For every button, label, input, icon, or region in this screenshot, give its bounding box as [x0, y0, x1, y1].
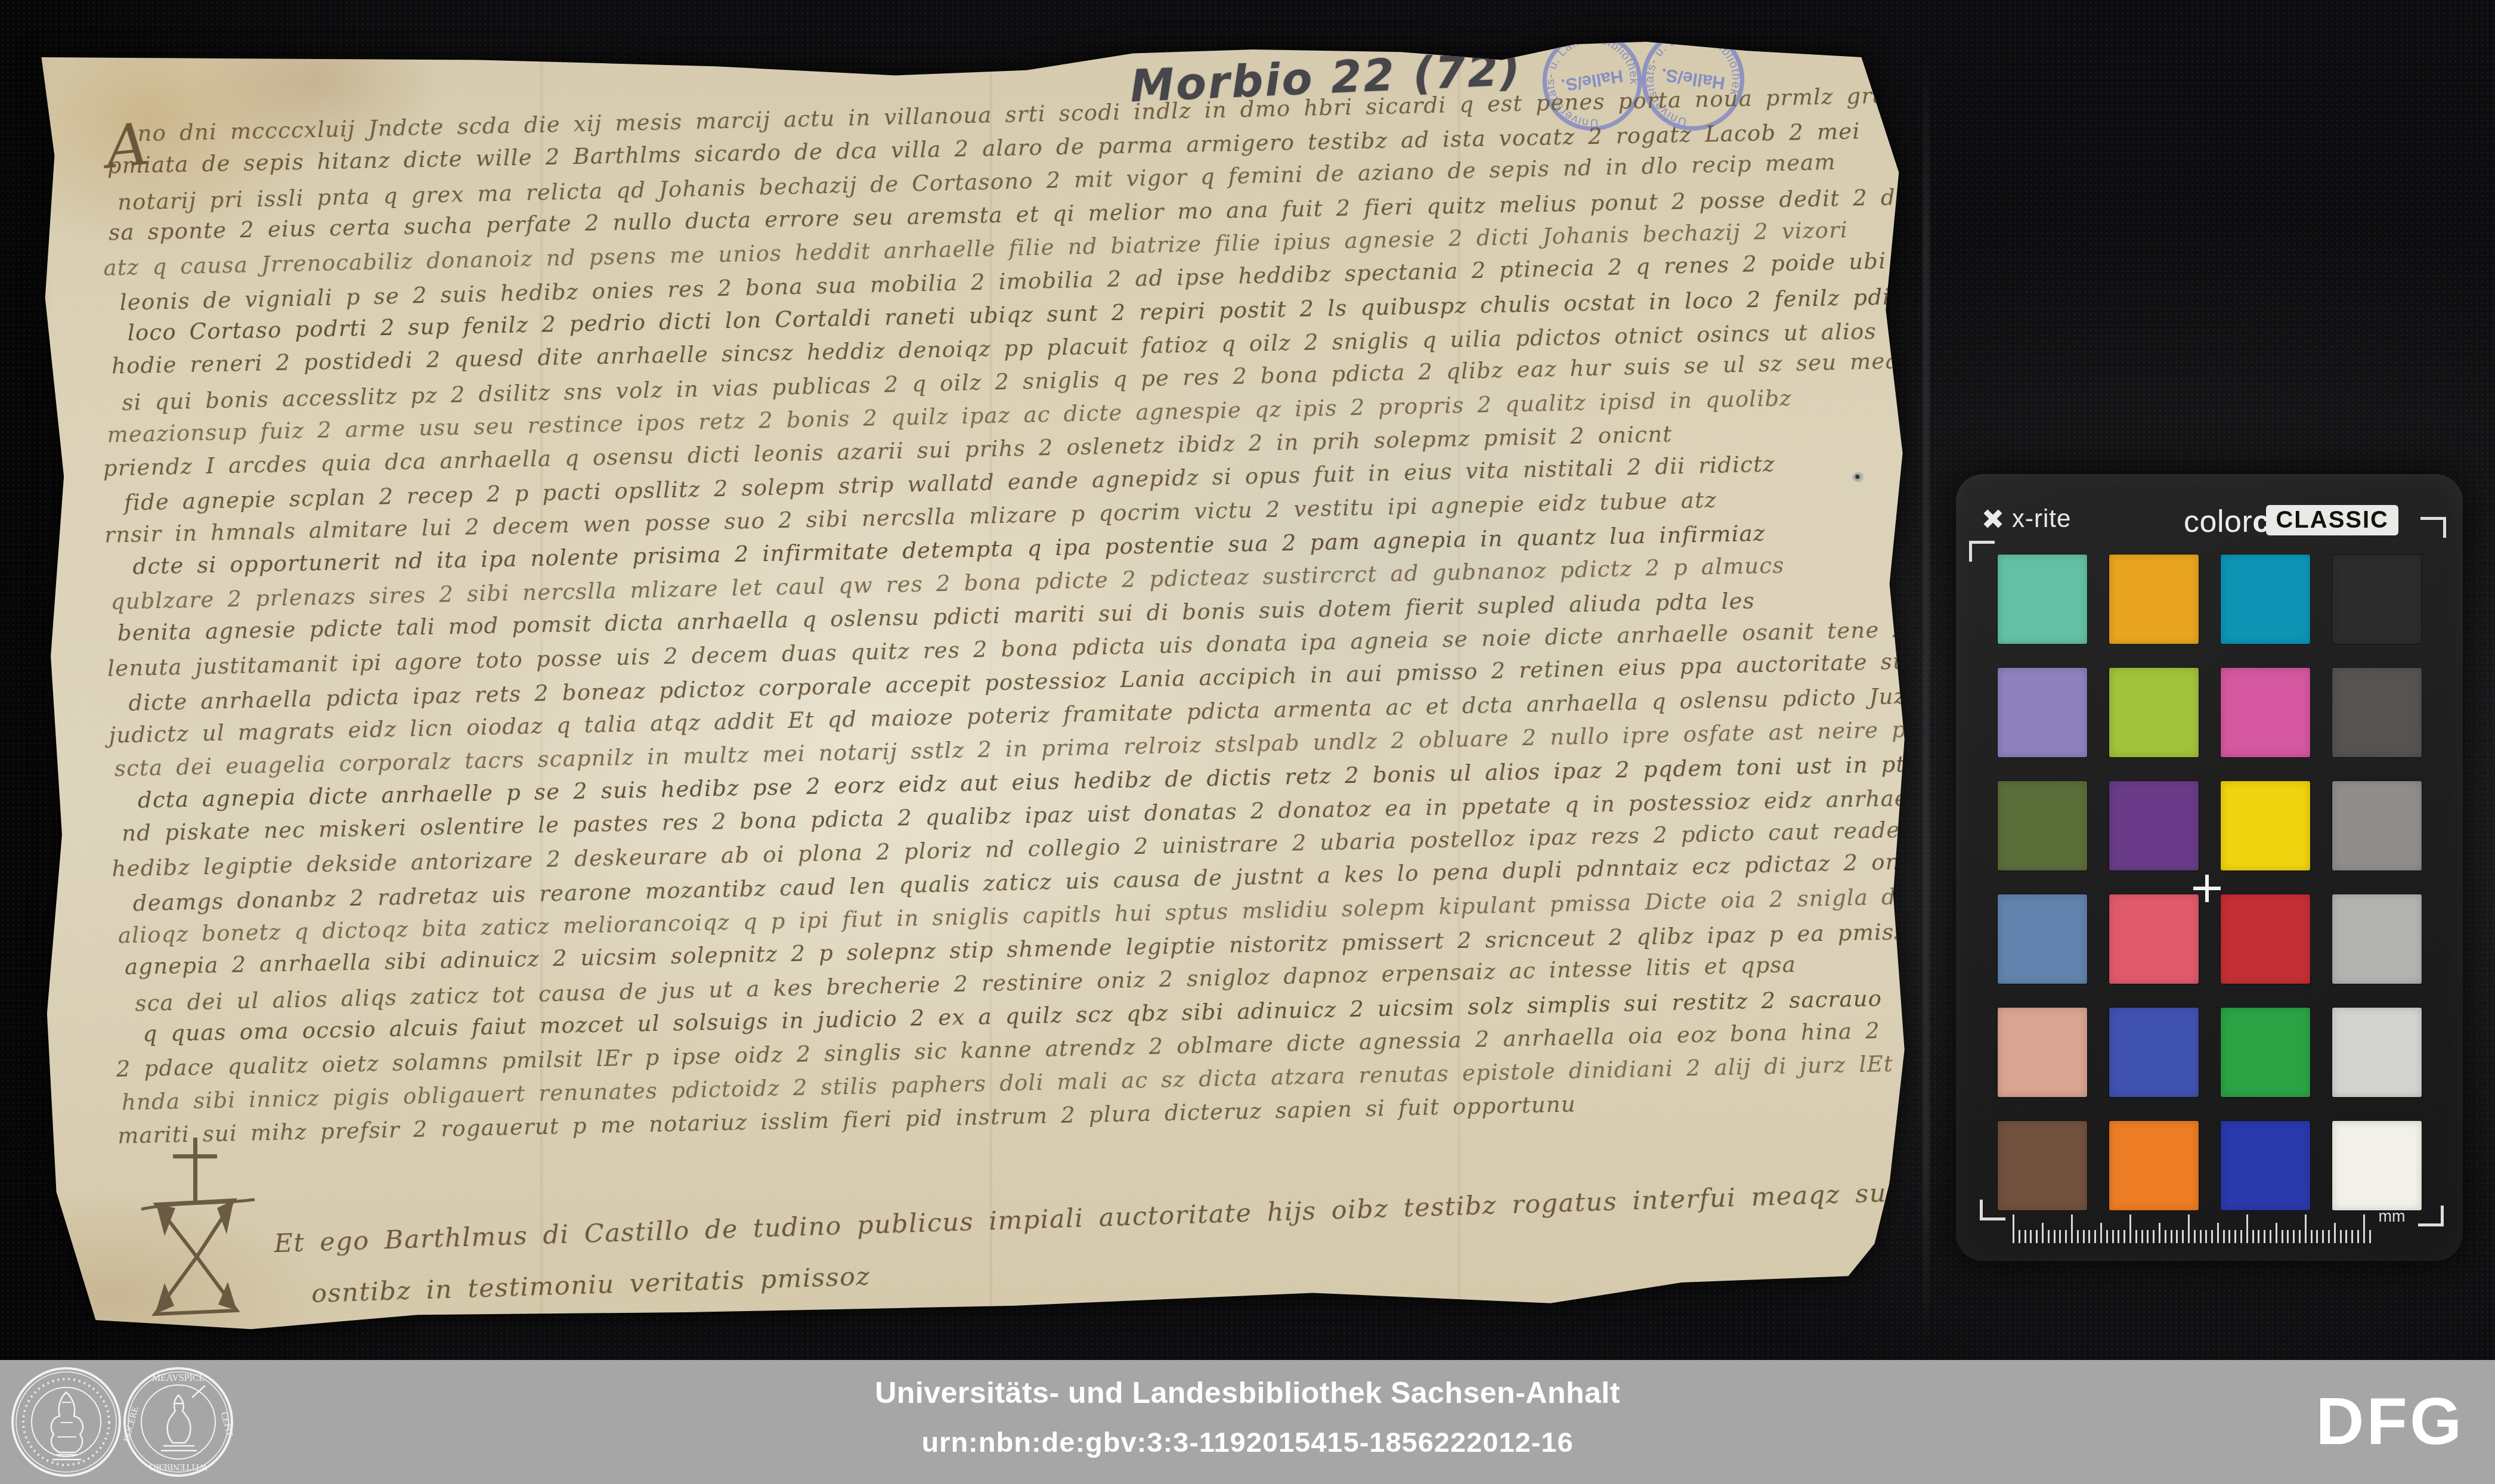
colorchecker-header: x-rite colorchecker CLASSIC: [1981, 501, 2439, 536]
color-patch-purplish-blue: [2109, 1008, 2199, 1097]
ruler-ticks: [2013, 1215, 2375, 1243]
ruler-tick: [2369, 1230, 2371, 1243]
ruler-tick: [2147, 1230, 2149, 1243]
ruler-tick: [2351, 1230, 2353, 1243]
ruler-tick: [2270, 1230, 2271, 1243]
ruler-tick: [2112, 1230, 2114, 1243]
ruler-tick: [2054, 1230, 2056, 1243]
color-patch-white: [2332, 1121, 2422, 1210]
ruler-tick: [2176, 1230, 2178, 1243]
manuscript-text-block: no dni mccccxluij Jndcte scda die xij me…: [95, 79, 1912, 1152]
ruler-tick: [2211, 1230, 2213, 1243]
color-patch-neutral-6-5: [2332, 894, 2422, 984]
ruler-tick: [2118, 1230, 2119, 1243]
ruler-tick: [2234, 1230, 2236, 1243]
ruler-tick: [2276, 1223, 2277, 1243]
seal-rim-word: MEAVSPICE: [152, 1373, 205, 1383]
ruler-tick: [2200, 1230, 2202, 1243]
ruler-tick: [2048, 1230, 2050, 1243]
ruler-tick: [2106, 1230, 2108, 1243]
ruler-tick: [2013, 1215, 2014, 1243]
ruler-tick: [2282, 1230, 2283, 1243]
ruler-tick: [2019, 1230, 2020, 1243]
ruler-tick: [2165, 1230, 2166, 1243]
color-patch-yellow: [2221, 781, 2310, 870]
ruler-unit-label: mm: [2378, 1207, 2405, 1226]
notary-sign-icon: [138, 1138, 258, 1319]
ruler-tick: [2071, 1215, 2073, 1243]
ruler-tick: [2293, 1230, 2295, 1243]
color-patch-blue-sky: [1998, 894, 2087, 984]
color-patch-moderate-red: [2109, 894, 2199, 984]
ruler-tick: [2188, 1215, 2190, 1243]
ruler-tick: [2205, 1230, 2207, 1243]
color-patch-black: [2332, 554, 2422, 644]
center-crosshair-icon: [2193, 875, 2221, 902]
ruler-tick: [2217, 1223, 2219, 1243]
ruler-tick: [2322, 1230, 2324, 1243]
color-patch-orange: [2109, 1121, 2199, 1210]
color-patch-neutral-8: [2332, 1008, 2422, 1097]
colorchecker-card: x-rite colorchecker CLASSIC mm: [1956, 474, 2463, 1261]
registration-corner-icon: [2420, 517, 2446, 538]
ruler-tick: [2240, 1230, 2242, 1243]
xrite-brand: x-rite: [1981, 504, 2071, 533]
ruler-tick: [2030, 1230, 2032, 1243]
ruler-tick: [2305, 1215, 2307, 1243]
product-name-light: color: [2184, 504, 2252, 539]
ruler-tick: [2252, 1230, 2254, 1243]
ruler-tick: [2182, 1230, 2184, 1243]
color-patch-neutral-3-5: [2332, 668, 2422, 757]
millimeter-ruler: mm: [2013, 1210, 2405, 1243]
ruler-tick: [2299, 1230, 2301, 1243]
registration-corner-icon: [2418, 1206, 2444, 1226]
ruler-tick: [2311, 1230, 2313, 1243]
ruler-tick: [2340, 1230, 2342, 1243]
library-name: Universitäts- und Landesbibliothek Sachs…: [875, 1375, 1620, 1410]
color-patch-foliage: [1998, 781, 2087, 870]
color-patch-green: [2221, 1008, 2310, 1097]
ruler-tick: [2159, 1223, 2160, 1243]
parchment-sheet: Morbio 22 (72) Universitäts- u. Landesbi…: [36, 42, 1908, 1336]
ruler-tick: [2036, 1230, 2038, 1243]
ruler-tick: [2264, 1230, 2265, 1243]
university-seal-left-icon: [10, 1365, 123, 1482]
ruler-tick: [2194, 1230, 2196, 1243]
university-seal-right-icon: MEAVSPICE DOCERE CEPIT WITTENBERG: [122, 1365, 235, 1482]
color-patch-neutral-5: [2332, 781, 2422, 870]
foam-seam-highlight: [1923, 48, 1930, 1353]
ruler-tick: [2100, 1223, 2102, 1243]
ruler-tick: [2077, 1230, 2079, 1243]
seal-rim-word: WITTENBERG: [149, 1462, 208, 1471]
manuscript-parchment: Morbio 22 (72) Universitäts- u. Landesbi…: [36, 42, 1908, 1336]
ruler-tick: [2246, 1215, 2248, 1243]
ruler-tick: [2153, 1230, 2155, 1243]
ruler-tick: [2042, 1223, 2044, 1243]
classic-edition-badge: CLASSIC: [2266, 505, 2398, 535]
xrite-brand-label: x-rite: [2012, 504, 2071, 533]
ruler-tick: [2094, 1230, 2096, 1243]
ruler-tick: [2141, 1230, 2143, 1243]
ruler-tick: [2088, 1230, 2090, 1243]
ruler-tick: [2258, 1230, 2259, 1243]
color-patch-orange-yellow: [2109, 554, 2199, 644]
urn-identifier: urn:nbn:de:gbv:3:3-1192015415-1856222012…: [875, 1426, 1620, 1458]
color-patch-bluish-green: [1998, 554, 2087, 644]
color-patch-dark-skin: [1998, 1121, 2087, 1210]
ruler-tick: [2025, 1230, 2026, 1243]
color-patch-red: [2221, 894, 2310, 984]
ruler-tick: [2357, 1230, 2359, 1243]
ruler-tick: [2135, 1230, 2137, 1243]
color-patch-magenta: [2221, 668, 2310, 757]
ruler-tick: [2328, 1230, 2330, 1243]
ruler-tick: [2363, 1215, 2365, 1243]
ruler-tick: [2287, 1230, 2289, 1243]
ruler-tick: [2316, 1230, 2318, 1243]
registration-corner-icon: [1969, 541, 1995, 562]
ruler-tick: [2334, 1223, 2336, 1243]
footer-caption: Universitäts- und Landesbibliothek Sachs…: [875, 1375, 1620, 1458]
ruler-tick: [2129, 1215, 2131, 1243]
footer-bar: MEAVSPICE DOCERE CEPIT WITTENBERG Univer…: [0, 1360, 2495, 1484]
scan-stage: Morbio 22 (72) Universitäts- u. Landesbi…: [0, 0, 2495, 1484]
ruler-tick: [2171, 1230, 2172, 1243]
dfg-logo: DFG: [2316, 1383, 2464, 1460]
ruler-tick: [2228, 1230, 2230, 1243]
xrite-logo-icon: [1981, 507, 2005, 531]
ruler-tick: [2123, 1230, 2125, 1243]
color-patch-purple: [2109, 781, 2199, 870]
color-patch-blue: [2221, 1121, 2310, 1210]
color-patch-yellow-green: [2109, 668, 2199, 757]
ruler-tick: [2083, 1230, 2085, 1243]
ruler-tick: [2223, 1230, 2225, 1243]
parchment-hole-spot: [1852, 472, 1865, 482]
color-patch-blue-flower: [1998, 668, 2087, 757]
ruler-tick: [2065, 1230, 2067, 1243]
ruler-tick: [2059, 1230, 2061, 1243]
color-patch-cyan: [2221, 554, 2310, 644]
color-patch-light-skin: [1998, 1008, 2087, 1097]
ruler-tick: [2345, 1230, 2347, 1243]
